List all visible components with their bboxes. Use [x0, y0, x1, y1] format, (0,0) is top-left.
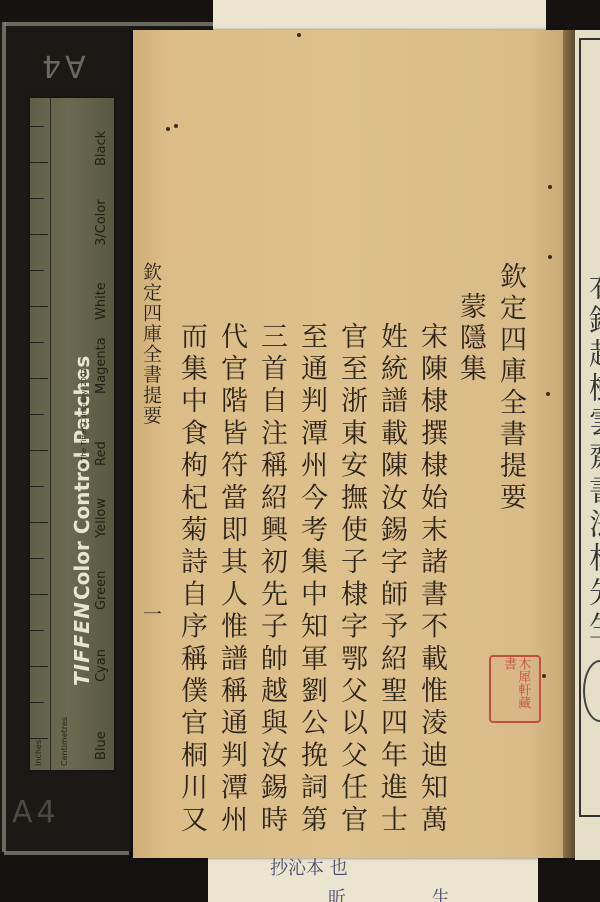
paper-slip-top — [213, 0, 546, 32]
wormhole-spot — [548, 255, 552, 259]
patch-green: Green — [94, 538, 109, 610]
wormhole-spot — [297, 33, 301, 37]
board-frame-bottom — [4, 851, 129, 855]
patch-3color: 3/Color — [94, 166, 109, 246]
text-column-6: 代官階皆符當即其人惟譜稱通判潭州 — [218, 322, 245, 837]
board-frame-left — [2, 22, 6, 852]
text-column-2: 姓統譜載陳汝錫字師予紹聖四年進士 — [378, 322, 405, 837]
board-label-top: A4 — [38, 48, 86, 83]
margin-page-number: 一 — [141, 604, 160, 625]
patch-white: White — [94, 246, 109, 320]
tiffen-logo: TIFFEN — [70, 601, 94, 686]
patch-yellow: Yellow — [94, 466, 109, 538]
patch-red: Red — [94, 394, 109, 466]
text-column-3: 官至浙東安撫使子棣字鄂父以父任官 — [338, 322, 365, 837]
inches-label: Inches — [34, 740, 43, 766]
text-column-7: 而集中食枸杞菊詩自序稱僕官桐川又 — [178, 322, 205, 837]
page-gutter — [563, 30, 575, 858]
margin-title: 欽定四庫全書提要 — [141, 262, 160, 426]
color-control-strip: Inches Centimetres TIFFEN Color Control … — [30, 98, 114, 770]
patch-labels: Blue Cyan Green Yellow Red Magenta White… — [94, 106, 109, 760]
text-column-5: 三首自注稱紹興初先子帥越與汝錫時 — [258, 322, 285, 837]
paper-slip-bottom: 抄沁本 也 昕 生 — [208, 858, 538, 902]
adjacent-page-text: 右録超樹雲齋書法林先生 — [578, 270, 600, 644]
collector-seal: 木犀軒藏書 — [489, 655, 541, 723]
wormhole-spot — [546, 392, 550, 396]
patch-black: Black — [94, 106, 109, 166]
patch-magenta: Magenta — [94, 320, 109, 394]
wormhole-spot — [548, 185, 552, 189]
strip-labels: Inches Centimetres TIFFEN Color Control … — [30, 98, 114, 770]
handwriting-note-2: 昕 生 — [328, 884, 490, 902]
wormhole-spot — [174, 124, 178, 128]
heading-column: 欽定四庫全書提要 — [497, 262, 524, 514]
strip-copyright: © The Tiffen Company, 2007 — [80, 368, 88, 470]
book-title: 蒙隱集 — [457, 292, 484, 385]
patch-blue: Blue — [94, 682, 109, 760]
text-column-1: 宋陳棣撰棣始末諸書不載惟淩迪知萬 — [418, 322, 445, 837]
text-column-4: 至通判潭州今考集中知軍劉公挽詞第 — [298, 322, 325, 837]
board-label-bottom: A4 — [12, 795, 60, 830]
wormhole-spot — [166, 127, 170, 131]
board-frame-top — [4, 22, 214, 26]
wormhole-spot — [542, 674, 546, 678]
patch-cyan: Cyan — [94, 610, 109, 682]
centimetres-label: Centimetres — [60, 717, 69, 766]
